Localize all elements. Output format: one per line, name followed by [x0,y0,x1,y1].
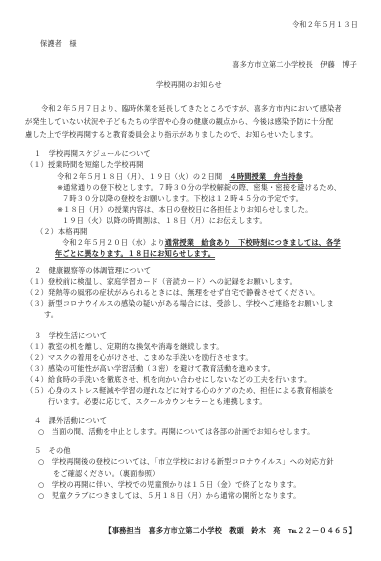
section-heading: ５ その他 [34,446,71,455]
section-heading: １ 学校再開スケジュールについて [34,149,151,158]
sender: 喜多方市立第二小学校長 伊藤 博子 [232,60,357,69]
subsection-label: （１）授業時間を短縮した学校再開 [26,160,143,169]
note-line: ７時３０分以降の登校をお願いします。下校は１２時４５分の予定です。 [62,194,303,203]
list-item-cont: す。 [44,310,58,319]
document-title: 学校再開のお知らせ [156,80,222,89]
recipient: 保護者 様 [40,39,77,48]
full-reopen-emphasis: 通常授業 給食あり 下校時刻につきましては、各学 [165,238,341,247]
note-line: ※１８日（月）の授業内容は、本日の登校日に各担任よりお知らせしました。 [57,205,312,214]
list-item: （３）感染の可能性が高い学習活動（３密）を避けて教育活動を進めます。 [26,364,275,373]
intro-line: 慮した上で学校再開すると教育委員会より指示がありましたので、お知らせいたします。 [25,130,318,139]
note-line: ※通常通りの登下校とします。７時３０分の学校解錠の際、密集・密接を避けるため、 [57,183,341,192]
list-item: （４）給食時の手洗いを徹底させ、机を向かい合わせにしないなどの工夫を行います。 [26,375,311,384]
document-date: 令和２年５月１３日 [292,20,358,29]
list-item: （３）新型コロナウイルスの感染の疑いがある場合には、受診し、学校へご連絡をお願い… [26,299,334,308]
list-item: ○ 当面の間、活動を中止とします。再開については各部の計画でお知らせします。 [38,427,314,436]
list-item-cont: 行います。必要に応じて、スクールカウンセラーとも連携します。 [48,397,267,406]
list-item: （２）発熱等の風邪の症状がみられるときには、無理をせず自宅で静養させてください。 [26,288,320,297]
intro-line: 令和２年５月７日より、臨時休業を延長してきたところですが、喜多方市内において感染… [41,104,342,113]
full-reopen-emphasis: 年ごとに異なります。１８日にお知らせします。 [55,249,215,258]
contact-footer: 【事務担当 喜多方市立第二小学校 教頭 鈴木 亮 ℡２２－０４６５】 [105,526,357,535]
intro-line: が発生していない状況や子どもたちの学習や心身の健康の観点から、今後は感染予防に十… [25,117,333,126]
list-item: ○ 学校の再開に伴い、学校での児童預かりは１５日（金）で終了となります。 [38,480,301,489]
list-item: ○ 学校再開後の登校については、「市立学校における新型コロナウイルス」への対応方… [38,457,334,466]
note-line: １９日（火）以降の時間割は、１８日（月）にお伝えします。 [62,216,267,225]
list-item: （１）教室の机を離し、定期的な換気や消毒を継続します。 [26,342,224,351]
list-item: ○ 児童クラブにつきましては、５月１８日（月）から通常の開所となります。 [38,491,301,500]
list-item: （５）心身のストレス軽減や学習の遅れなどに対する心のケアのため、担任による教育相… [26,386,334,395]
list-item-cont: をご確認ください。（裏面参照） [53,469,159,478]
schedule-emphasis: ４時間授業 弁当持参 [230,172,303,181]
section-heading: ４ 課外活動について [34,416,107,425]
schedule-line: 令和２年５月１８日（月）、１９日（火）の２日間 ４時間授業 弁当持参 [57,172,303,181]
list-item: （１）登校前に検温し、家庭学習カード（音読カード）への記録をお願いします。 [26,277,297,286]
section-heading: ２ 健康観察等の体調管理について [34,266,151,275]
full-reopen-date: 令和２年５月２０日（水）より [62,238,165,247]
full-reopen-line: 令和２年５月２０日（水）より通常授業 給食あり 下校時刻につきましては、各学 [62,238,341,247]
schedule-dates: 令和２年５月１８日（月）、１９日（火）の２日間 [57,172,230,181]
list-item: （２）マスクの着用を心がけさせ、こまめな手洗いを励行させます。 [26,353,253,362]
subsection-label: （２）本格再開 [36,227,87,236]
section-heading: ３ 学校生活について [34,331,107,340]
